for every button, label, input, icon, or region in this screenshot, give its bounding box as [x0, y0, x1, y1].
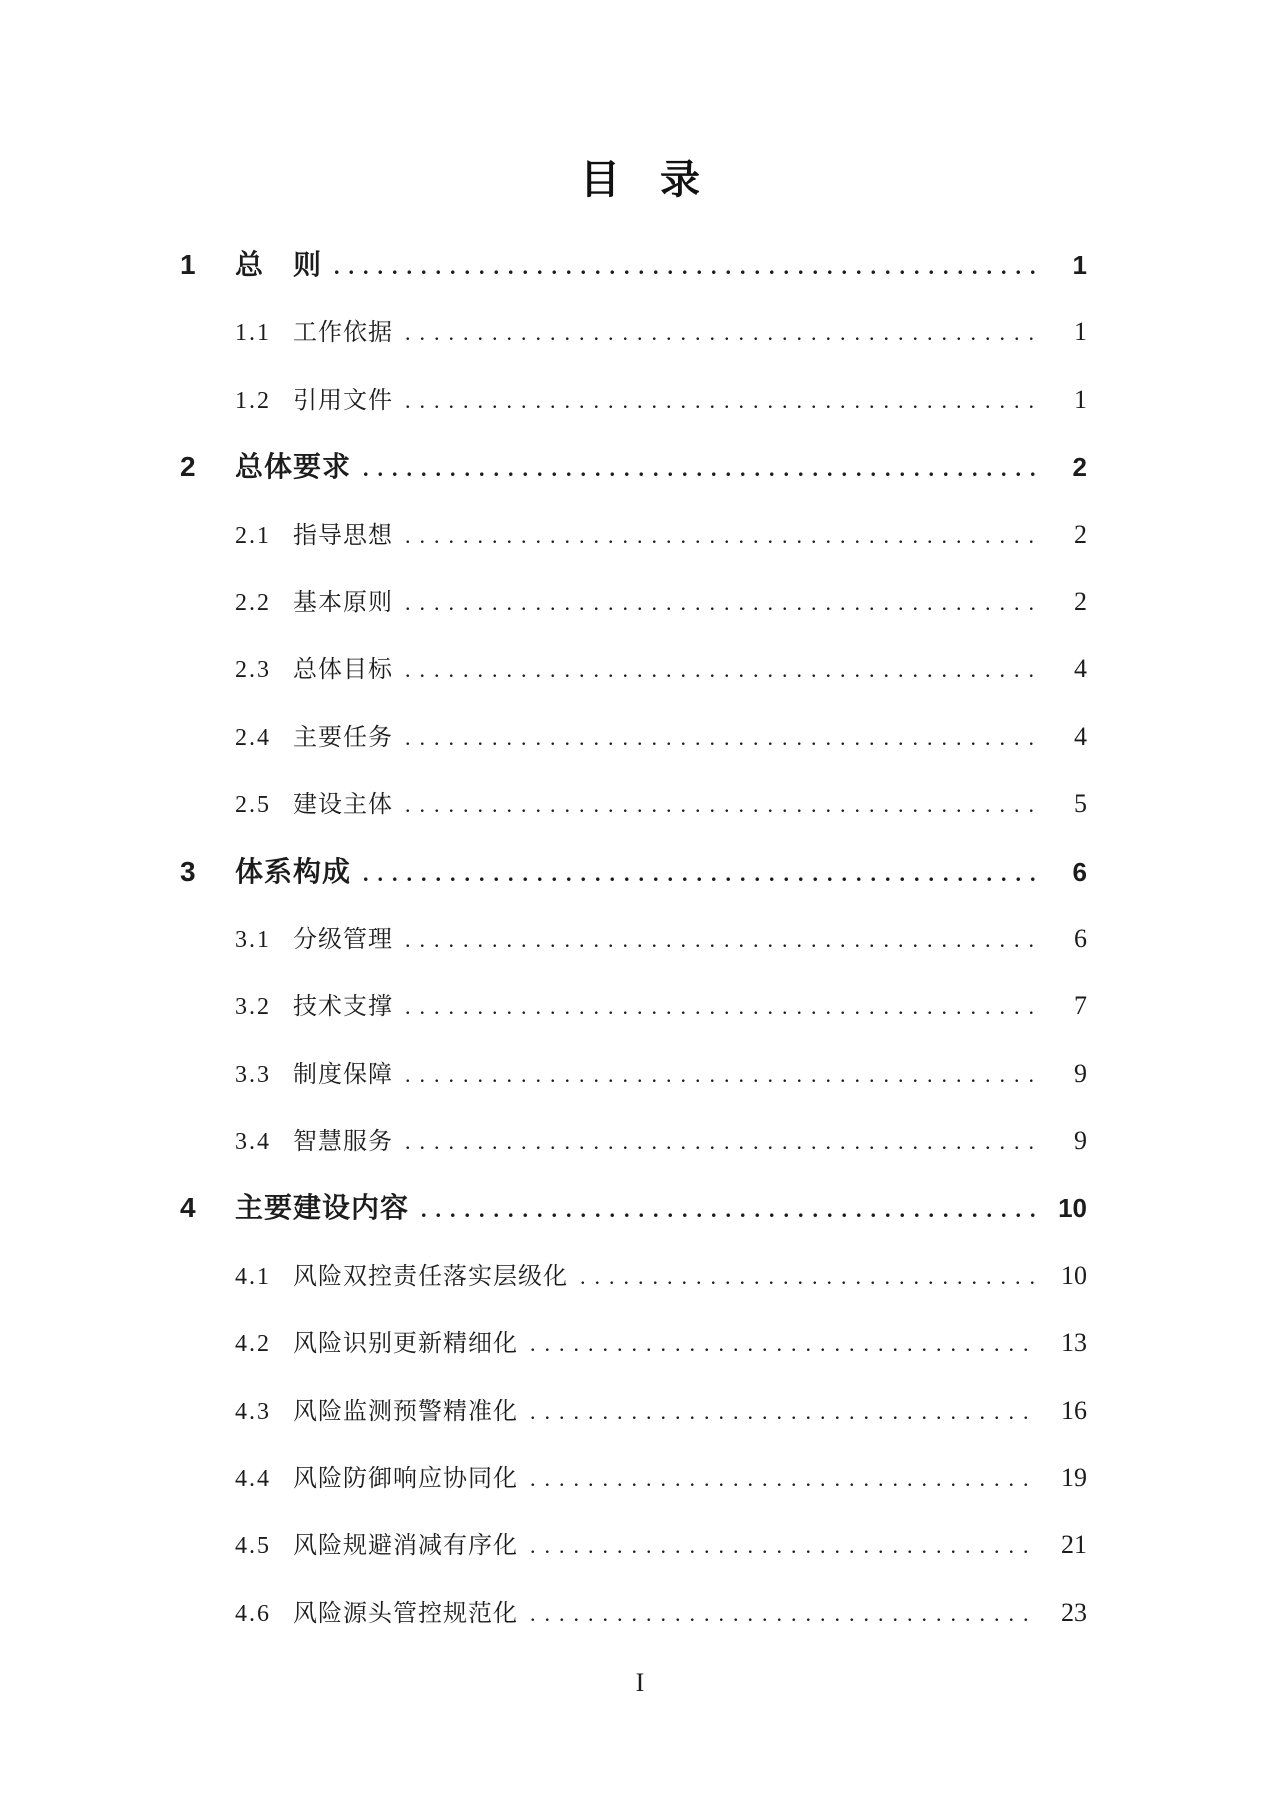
toc-entry-page: 10 — [1047, 1242, 1087, 1309]
toc-entry-label: 工作依据 — [293, 300, 393, 367]
toc-entry-page: 13 — [1047, 1309, 1087, 1376]
toc-entry-page: 5 — [1047, 770, 1087, 837]
toc-entry-label: 主要建设内容 — [235, 1174, 409, 1241]
dot-leader: ........................................… — [530, 1512, 1037, 1579]
toc-entry-number: 3.2 — [235, 974, 293, 1041]
toc-entry-page: 1 — [1047, 298, 1087, 365]
toc-entry-page: 16 — [1047, 1377, 1087, 1444]
dot-leader: ........................................… — [405, 771, 1037, 838]
toc-entry-label: 智慧服务 — [293, 1109, 393, 1176]
dot-leader: ........................................… — [405, 1108, 1037, 1175]
dot-leader: ........................................… — [405, 973, 1037, 1040]
dot-leader: ........................................… — [334, 233, 1037, 300]
toc-entry[interactable]: 2.2 基本原则 ...............................… — [0, 568, 1280, 635]
dot-leader: ........................................… — [405, 636, 1037, 703]
page-number-footer: I — [0, 1668, 1280, 1698]
toc-entry-label: 主要任务 — [293, 705, 393, 772]
dot-leader: ........................................… — [405, 704, 1037, 771]
toc-entry-number: 2.2 — [235, 570, 293, 637]
toc-entry-page: 23 — [1047, 1579, 1087, 1646]
toc-entry[interactable]: 3.3 制度保障 ...............................… — [0, 1040, 1280, 1107]
toc-entry-label: 引用文件 — [293, 368, 393, 435]
toc-entry-page: 1 — [1047, 232, 1087, 299]
toc-entry-page: 2 — [1047, 501, 1087, 568]
dot-leader: ........................................… — [580, 1243, 1037, 1310]
toc-entry-label: 建设主体 — [293, 772, 393, 839]
dot-leader: ........................................… — [421, 1176, 1037, 1243]
toc-list: 1 总 则 ..................................… — [0, 231, 1280, 1646]
toc-entry-number: 2.3 — [235, 637, 293, 704]
toc-entry-label: 总体要求 — [235, 433, 351, 500]
toc-entry-label: 基本原则 — [293, 570, 393, 637]
toc-entry[interactable]: 3 体系构成 .................................… — [0, 838, 1280, 905]
toc-entry-label: 风险规避消减有序化 — [293, 1513, 518, 1580]
toc-entry-number: 1 — [180, 231, 235, 298]
toc-entry[interactable]: 4.5 风险规避消减有序化 ..........................… — [0, 1511, 1280, 1578]
toc-entry[interactable]: 3.4 智慧服务 ...............................… — [0, 1107, 1280, 1174]
toc-entry[interactable]: 1.2 引用文件 ...............................… — [0, 366, 1280, 433]
toc-entry-number: 4.4 — [235, 1446, 293, 1513]
toc-entry-page: 2 — [1047, 434, 1087, 501]
toc-entry-number: 2.4 — [235, 705, 293, 772]
toc-entry[interactable]: 2.1 指导思想 ...............................… — [0, 501, 1280, 568]
toc-entry[interactable]: 1 总 则 ..................................… — [0, 231, 1280, 298]
toc-entry-number: 3.3 — [235, 1042, 293, 1109]
toc-entry[interactable]: 3.2 技术支撑 ...............................… — [0, 972, 1280, 1039]
toc-entry[interactable]: 4.3 风险监测预警精准化 ..........................… — [0, 1377, 1280, 1444]
toc-entry-page: 4 — [1047, 703, 1087, 770]
toc-entry[interactable]: 2.5 建设主体 ...............................… — [0, 770, 1280, 837]
dot-leader: ........................................… — [405, 502, 1037, 569]
toc-entry-number: 3.1 — [235, 907, 293, 974]
toc-entry-label: 风险源头管控规范化 — [293, 1581, 518, 1648]
toc-entry-label: 风险监测预警精准化 — [293, 1379, 518, 1446]
toc-entry[interactable]: 2.3 总体目标 ...............................… — [0, 635, 1280, 702]
toc-entry-page: 19 — [1047, 1444, 1087, 1511]
toc-entry-number: 3 — [180, 838, 235, 905]
dot-leader: ........................................… — [530, 1378, 1037, 1445]
toc-entry-page: 9 — [1047, 1107, 1087, 1174]
toc-entry-page: 1 — [1047, 366, 1087, 433]
toc-entry-page: 7 — [1047, 972, 1087, 1039]
toc-entry-number: 2.5 — [235, 772, 293, 839]
toc-entry-page: 6 — [1047, 839, 1087, 906]
toc-entry-number: 2.1 — [235, 503, 293, 570]
toc-entry-page: 9 — [1047, 1040, 1087, 1107]
toc-entry[interactable]: 2.4 主要任务 ...............................… — [0, 703, 1280, 770]
toc-entry[interactable]: 3.1 分级管理 ...............................… — [0, 905, 1280, 972]
toc-entry-number: 4.5 — [235, 1513, 293, 1580]
toc-entry-number: 4.6 — [235, 1581, 293, 1648]
dot-leader: ........................................… — [363, 435, 1037, 502]
toc-entry-page: 21 — [1047, 1511, 1087, 1578]
toc-entry-label: 分级管理 — [293, 907, 393, 974]
dot-leader: ........................................… — [363, 840, 1037, 907]
toc-entry[interactable]: 4.6 风险源头管控规范化 ..........................… — [0, 1579, 1280, 1646]
toc-entry[interactable]: 4.2 风险识别更新精细化 ..........................… — [0, 1309, 1280, 1376]
toc-entry-number: 4.2 — [235, 1311, 293, 1378]
dot-leader: ........................................… — [530, 1445, 1037, 1512]
toc-entry-label: 总 则 — [235, 231, 322, 298]
dot-leader: ........................................… — [530, 1310, 1037, 1377]
dot-leader: ........................................… — [405, 299, 1037, 366]
toc-entry-label: 制度保障 — [293, 1042, 393, 1109]
dot-leader: ........................................… — [405, 367, 1037, 434]
toc-entry-label: 体系构成 — [235, 838, 351, 905]
toc-title: 目 录 — [0, 158, 1280, 202]
toc-entry-label: 风险双控责任落实层级化 — [293, 1244, 568, 1311]
dot-leader: ........................................… — [405, 569, 1037, 636]
toc-entry-label: 技术支撑 — [293, 974, 393, 1041]
toc-entry[interactable]: 4.1 风险双控责任落实层级化 ........................… — [0, 1242, 1280, 1309]
toc-entry-number: 1.2 — [235, 368, 293, 435]
toc-entry-label: 指导思想 — [293, 503, 393, 570]
dot-leader: ........................................… — [530, 1580, 1037, 1647]
toc-entry-number: 4.3 — [235, 1379, 293, 1446]
toc-entry-number: 4.1 — [235, 1244, 293, 1311]
toc-entry-page: 2 — [1047, 568, 1087, 635]
dot-leader: ........................................… — [405, 1041, 1037, 1108]
toc-entry[interactable]: 2 总体要求 .................................… — [0, 433, 1280, 500]
toc-entry-page: 6 — [1047, 905, 1087, 972]
toc-entry-number: 2 — [180, 433, 235, 500]
dot-leader: ........................................… — [405, 906, 1037, 973]
toc-entry-number: 4 — [180, 1174, 235, 1241]
toc-entry-label: 风险防御响应协同化 — [293, 1446, 518, 1513]
toc-entry-number: 3.4 — [235, 1109, 293, 1176]
toc-entry[interactable]: 4 主要建设内容 ...............................… — [0, 1174, 1280, 1241]
toc-entry-page: 4 — [1047, 635, 1087, 702]
toc-entry[interactable]: 4.4 风险防御响应协同化 ..........................… — [0, 1444, 1280, 1511]
toc-entry-page: 10 — [1047, 1175, 1087, 1242]
toc-entry-label: 风险识别更新精细化 — [293, 1311, 518, 1378]
toc-entry-label: 总体目标 — [293, 637, 393, 704]
toc-entry[interactable]: 1.1 工作依据 ...............................… — [0, 298, 1280, 365]
toc-entry-number: 1.1 — [235, 300, 293, 367]
